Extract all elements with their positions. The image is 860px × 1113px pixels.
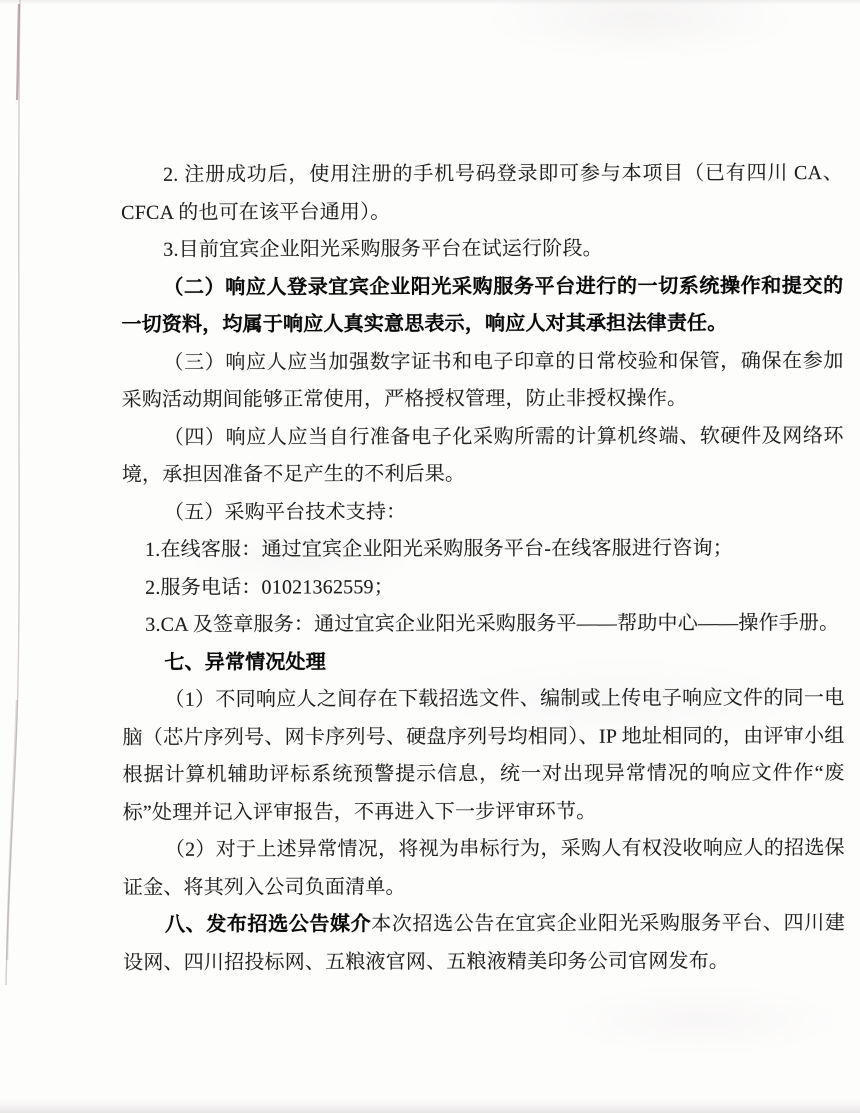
para-section-8-announcement-media: 八、发布招选公告媒介本次招选公告在宜宾企业阳光采购服务平台、四川建设网、四川招投… — [123, 905, 845, 982]
scanned-document-page: 2. 注册成功后，使用注册的手机号码登录即可参与本项目（已有四川 CA、CFCA… — [0, 0, 860, 1113]
para-section-5-tech-support: （五）采购平台技术支持： — [122, 493, 844, 532]
document-body-text: 2. 注册成功后，使用注册的手机号码登录即可参与本项目（已有四川 CA、CFCA… — [121, 155, 845, 982]
scan-bottom-edge-shadow — [0, 1097, 860, 1113]
item-service-phone: 2.服务电话：01021362559； — [122, 568, 844, 607]
para-trial-phase: 3.目前宜宾企业阳光采购服务平台在试运行阶段。 — [121, 230, 843, 269]
item-ca-signature-service: 3.CA 及签章服务：通过宜宾企业阳光采购服务平——帮助中心——操作手册。 — [122, 605, 844, 644]
para-abnormal-case-1: （1）不同响应人之间存在下载招选文件、编制或上传电子响应文件的同一电脑（芯片序列… — [122, 680, 844, 832]
item-online-service: 1.在线客服：通过宜宾企业阳光采购服务平台-在线客服进行咨询； — [122, 530, 844, 569]
para-section-4-equipment: （四）响应人应当自行准备电子化采购所需的计算机终端、软硬件及网络环境，承担因准备… — [122, 418, 844, 495]
section-8-heading: 八、发布招选公告媒介 — [165, 913, 371, 936]
para-section-2-legal-responsibility: （二）响应人登录宜宾企业阳光采购服务平台进行的一切系统操作和提交的一切资料，均属… — [121, 268, 843, 345]
para-abnormal-case-2: （2）对于上述异常情况，将视为串标行为，采购人有权没收响应人的招选保证金、将其列… — [123, 830, 845, 907]
para-register-success: 2. 注册成功后，使用注册的手机号码登录即可参与本项目（已有四川 CA、CFCA… — [121, 155, 843, 232]
scan-top-edge-shadow — [0, 0, 860, 5]
heading-section-7-abnormal-handling: 七、异常情况处理 — [122, 643, 844, 682]
scan-crease-artifact — [0, 0, 60, 1113]
para-section-3-certificate-care: （三）响应人应当加强数字证书和电子印章的日常校验和保管，确保在参加采购活动期间能… — [121, 343, 843, 420]
